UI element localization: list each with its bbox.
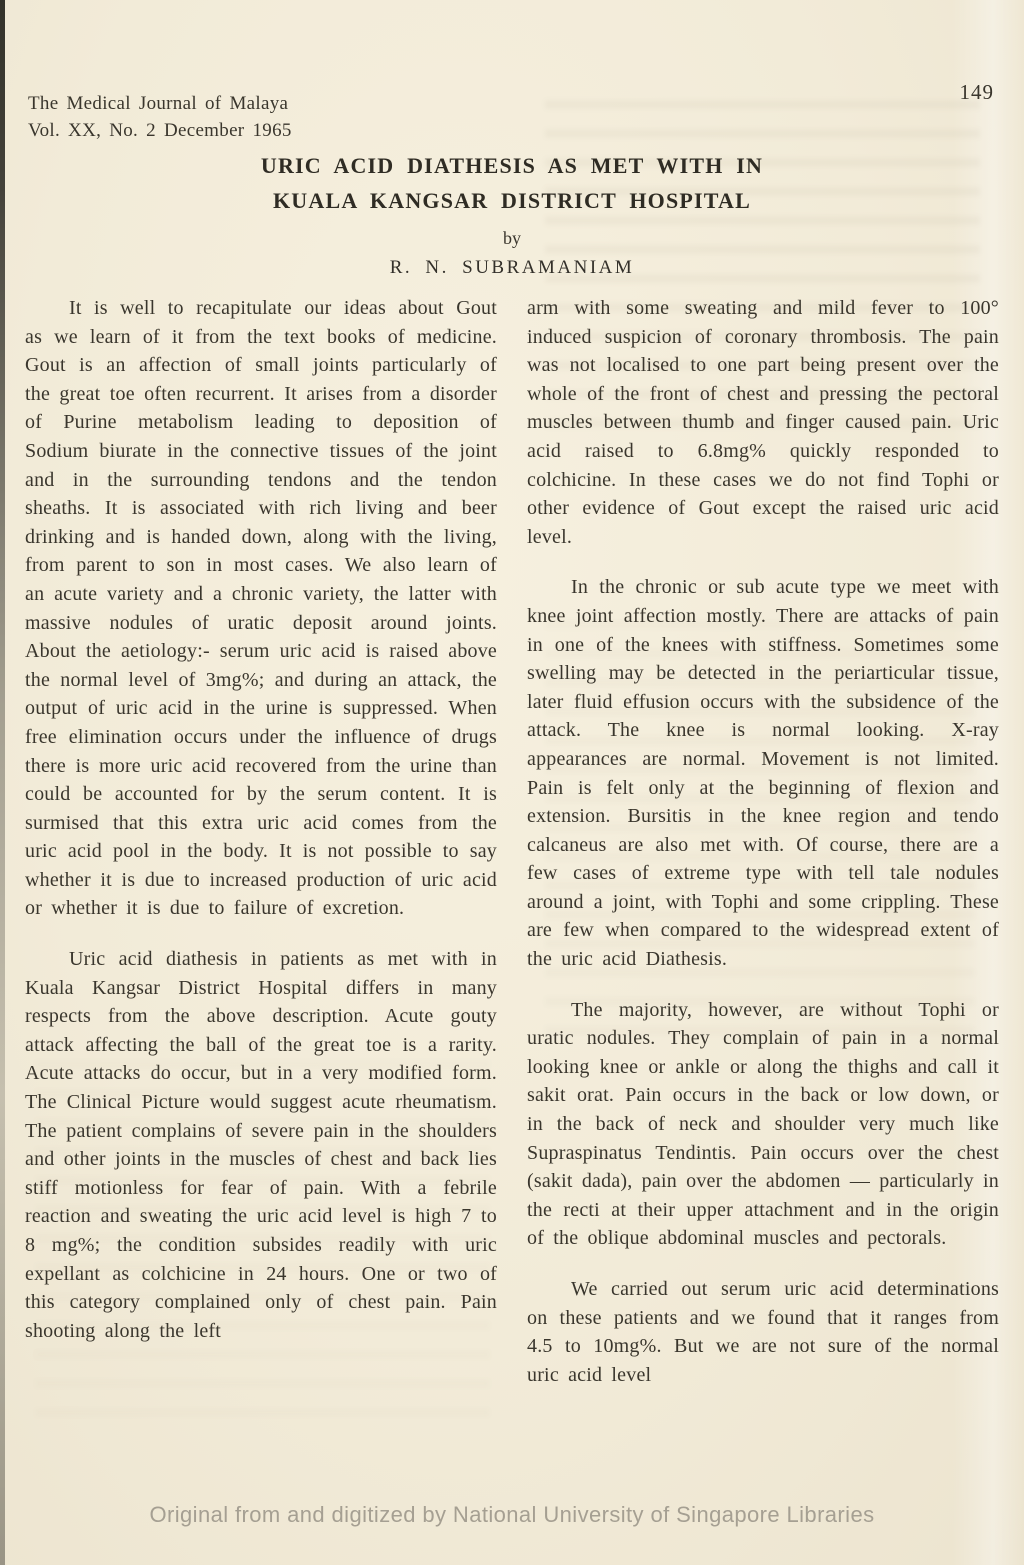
paragraph: The majority, however, are without Tophi…: [527, 996, 999, 1253]
journal-masthead: The Medical Journal of Malaya Vol. XX, N…: [28, 90, 292, 144]
page-number: 149: [960, 80, 995, 105]
author-name: R. N. SUBRAMANIAM: [0, 257, 1024, 279]
byline: by: [0, 228, 1024, 249]
article-body: It is well to recapitulate our ideas abo…: [25, 294, 1000, 1411]
article-title: URIC ACID DIATHESIS AS MET WITH IN KUALA…: [0, 148, 1024, 218]
paragraph: arm with some sweating and mild fever to…: [527, 294, 999, 551]
paragraph: In the chronic or sub acute type we meet…: [527, 573, 999, 973]
digitization-credit: Original from and digitized by National …: [0, 1502, 1024, 1528]
left-column: It is well to recapitulate our ideas abo…: [25, 294, 497, 1411]
paragraph: We carried out serum uric acid determina…: [527, 1275, 999, 1389]
article-title-line-2: KUALA KANGSAR DISTRICT HOSPITAL: [0, 183, 1024, 218]
journal-name: The Medical Journal of Malaya: [28, 90, 292, 117]
right-column: arm with some sweating and mild fever to…: [527, 294, 999, 1411]
article-title-line-1: URIC ACID DIATHESIS AS MET WITH IN: [0, 148, 1024, 183]
journal-page: 149 The Medical Journal of Malaya Vol. X…: [0, 0, 1024, 1565]
paragraph: Uric acid diathesis in patients as met w…: [25, 945, 497, 1345]
journal-volume-issue: Vol. XX, No. 2 December 1965: [28, 117, 292, 144]
paragraph: It is well to recapitulate our ideas abo…: [25, 294, 497, 923]
